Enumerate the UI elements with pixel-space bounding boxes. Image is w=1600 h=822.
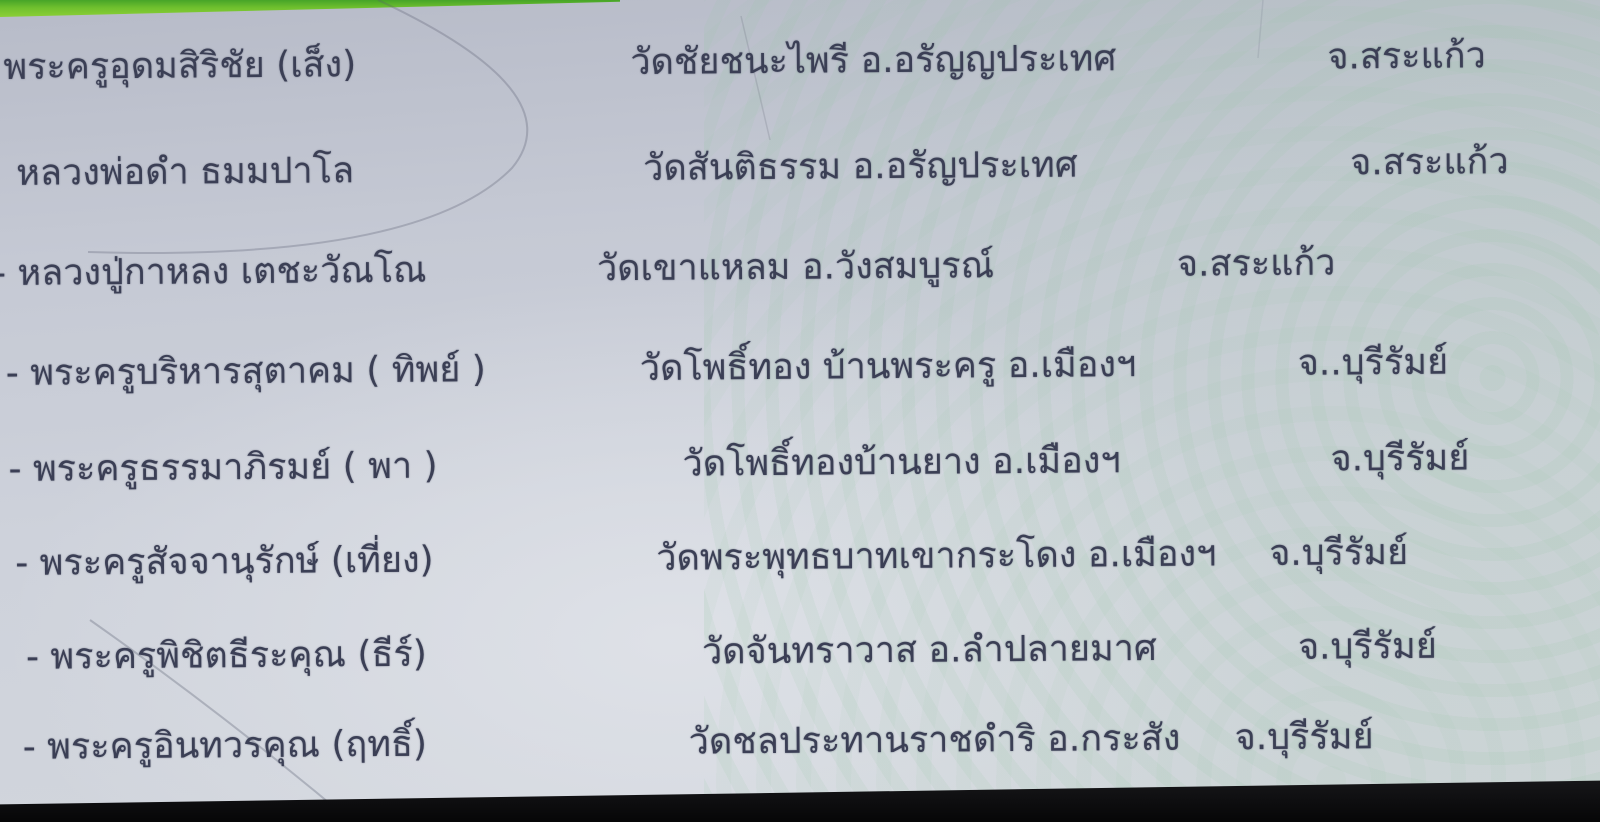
directory-row: - หลวงปู่กาหลง เตชะวัณโณ วัดเขาแหลม อ.วั… <box>0 231 1599 328</box>
monk-directory-list: พระครูอุดมสิริชัย (เส็ง) วัดชัยชนะไพรี อ… <box>0 0 1600 822</box>
directory-row: หลวงพ่อดำ ธมมปาโล วัดสันติธรรม อ.อรัญประ… <box>0 131 1599 228</box>
directory-row: พระครูอุดมสิริชัย (เส็ง) วัดชัยชนะไพรี อ… <box>0 25 1598 122</box>
monk-name: - พระครูพิชิตธีระคุณ (ธีร์) <box>26 625 427 685</box>
monk-name: - พระครูอินทวรคุณ (ฤทธิ์) <box>22 715 427 775</box>
monk-name: - พระครูธรรมาภิรมย์ ( พา ) <box>8 437 438 497</box>
province: จ.บุรีรัมย์ <box>1269 523 1408 581</box>
province: จ.บุรีรัมย์ <box>1234 707 1373 765</box>
province: จ.สระแก้ว <box>1327 26 1486 84</box>
directory-row: - พระครูบริหารสุตาคม ( ทิพย์ ) วัดโพธิ์ท… <box>0 331 1600 428</box>
province: จ.สระแก้ว <box>1350 132 1509 190</box>
temple-district: วัดโพธิ์ทองบ้านยาง อ.เมืองฯ <box>682 431 1121 491</box>
temple-district: วัดสันติธรรม อ.อรัญประเทศ <box>643 136 1078 196</box>
temple-district: วัดเขาแหลม อ.วังสมบูรณ์ <box>597 236 994 296</box>
monk-name: - พระครูบริหารสุตาคม ( ทิพย์ ) <box>6 340 487 401</box>
monk-name: - หลวงปู่กาหลง เตชะวัณโณ <box>0 241 427 301</box>
document-photo: พระครูอุดมสิริชัย (เส็ง) วัดชัยชนะไพรี อ… <box>0 0 1600 822</box>
directory-row: - พระครูพิชิตธีระคุณ (ธีร์) วัดจันทราวาส… <box>2 615 1600 712</box>
temple-district: วัดโพธิ์ทอง บ้านพระครู อ.เมืองฯ <box>640 335 1137 396</box>
province: จ.บุรีรัมย์ <box>1330 428 1469 486</box>
directory-row: - พระครูสัจจานุรักษ์ (เที่ยง) วัดพระพุทธ… <box>1 521 1600 618</box>
monk-name: พระครูอุดมสิริชัย (เส็ง) <box>3 35 356 95</box>
temple-district: วัดพระพุทธบาทเขากระโดง อ.เมืองฯ <box>656 524 1217 585</box>
monk-name: - พระครูสัจจานุรักษ์ (เที่ยง) <box>15 531 434 591</box>
monk-name: หลวงพ่อดำ ธมมปาโล <box>16 141 354 201</box>
temple-district: วัดชัยชนะไพรี อ.อรัญญประเทศ <box>630 29 1116 90</box>
province: จ.สระแก้ว <box>1177 234 1336 292</box>
temple-district: วัดชลประทานราชดำริ อ.กระสัง <box>688 709 1180 770</box>
temple-district: วัดจันทราวาส อ.ลำปลายมาศ <box>702 619 1157 680</box>
directory-row: - พระครูธรรมาภิรมย์ ( พา ) วัดโพธิ์ทองบ้… <box>0 427 1600 524</box>
province: จ.บุรีรัมย์ <box>1298 617 1437 675</box>
province: จ..บุรีรัมย์ <box>1298 333 1449 391</box>
